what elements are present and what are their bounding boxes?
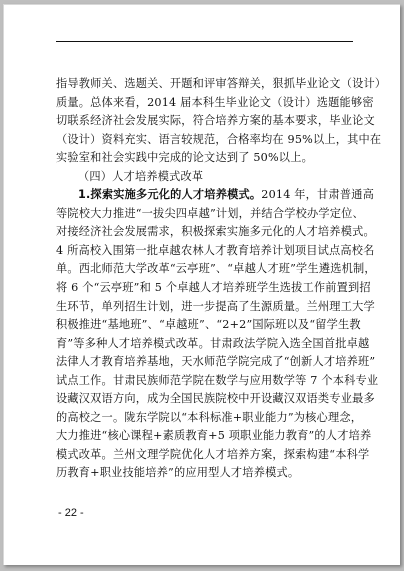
text-line: 质量。总体来看，2014 届本科生毕业论文（设计）选题能够密: [56, 94, 356, 113]
text-line: 积极推进“基地班”、“卓越班”、“2+2”国际班以及“留学生教: [56, 316, 356, 335]
text-line: 指导教师关、选题关、开题和评审答辩关，狠抓毕业论文（设计）: [56, 75, 356, 94]
text-line: 生环节，单列招生计划，进一步提高了生源质量。兰州理工大学: [56, 298, 356, 317]
text-line: 育”等多种人才培养模式改革。甘肃政法学院入选全国首批卓越: [56, 335, 356, 354]
page-number: - 22 -: [58, 507, 84, 519]
text-line: 法律人才教育培养基地，天水师范学院完成了“创新人才培养班”: [56, 353, 356, 372]
text-line: 切联系经济社会发展实际，符合培养方案的基本要求，毕业论文: [56, 112, 356, 131]
text-line: 4 所高校入围第一批卓越农林人才教育培养计划项目试点高校名: [56, 242, 356, 261]
body-text: 指导教师关、选题关、开题和评审答辩关，狠抓毕业论文（设计） 质量。总体来看，20…: [56, 75, 356, 483]
section-heading: （四）人才培养模式改革: [56, 168, 356, 187]
text-line: 试点工作。甘肃民族师范学院在数学与应用数学等 7 个本科专业: [56, 372, 356, 391]
subsection-title: 1.探索实施多元化的人才培养模式。: [78, 188, 261, 201]
text-line: 设藏汉双语方向，成为全国民族院校中开设藏汉双语类专业最多: [56, 390, 356, 409]
text-line: 对接经济社会发展需求，积极探索实施多元化的人才培养模式。: [56, 223, 356, 242]
text-line: 大力推进“核心课程+素质教育+5 项职业能力教育”的人才培养: [56, 427, 356, 446]
text-line: 将 6 个“云亭班”和 5 个卓越人才培养班学生选拔工作前置到招: [56, 279, 356, 298]
text-line: 单。西北师范大学改革“云亭班”、“卓越人才班”学生遴选机制，: [56, 260, 356, 279]
subsection-first-line: 1.探索实施多元化的人才培养模式。2014 年，甘肃普通高: [56, 186, 356, 205]
text-line: 的高校之一。陇东学院以“本科标准+职业能力”为核心理念，: [56, 409, 356, 428]
text-line: 历教育+职业技能培养”的应用型人才培养模式。: [56, 464, 356, 483]
text-line: 实验室和社会实践中完成的论文达到了 50%以上。: [56, 149, 356, 168]
document-viewer: 指导教师关、选题关、开题和评审答辩关，狠抓毕业论文（设计） 质量。总体来看，20…: [0, 0, 404, 571]
text-line: 等院校大力推进“一拔尖四卓越”计划，并结合学校办学定位、: [56, 205, 356, 224]
document-page: 指导教师关、选题关、开题和评审答辩关，狠抓毕业论文（设计） 质量。总体来看，20…: [3, 4, 400, 565]
text-line: （设计）资料充实、语言较规范，合格率均在 95%以上，其中在: [56, 131, 356, 150]
text-line: 模式改革。兰州文理学院优化人才培养方案，探索构建“本科学: [56, 446, 356, 465]
subsection-first-line-text: 2014 年，甘肃普通高: [261, 188, 374, 201]
header-rule: [56, 41, 353, 42]
